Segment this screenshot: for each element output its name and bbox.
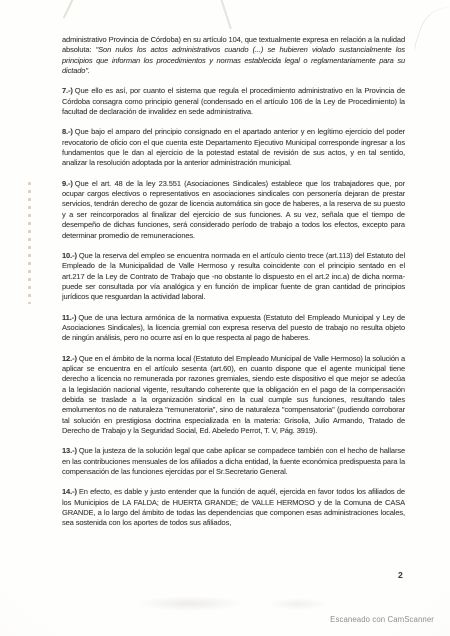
- scan-smudge: [138, 596, 242, 611]
- paragraph-number: 14.-): [62, 487, 79, 496]
- scanned-document-page: administrativo Provincia de Córdoba) en …: [0, 0, 450, 636]
- paper-crease-top-middle: [218, 0, 231, 29]
- paragraph-13: 13.-)Que la justeza de la solución legal…: [62, 446, 405, 477]
- paragraph-text: Que la justeza de la solución legal que …: [62, 446, 405, 476]
- scan-smudge: [268, 598, 328, 610]
- paragraph-14: 14.-)En efecto, es dable y justo entende…: [62, 487, 405, 528]
- paragraph-10: 10.-)Que la reserva del empleo se encuen…: [62, 251, 405, 303]
- paragraph-12: 12.-)Que en el ámbito de la norma local …: [62, 354, 405, 437]
- paragraph-text: En efecto, es dable y justo entender que…: [62, 487, 405, 527]
- paragraph-number: 8.-): [62, 127, 75, 136]
- paragraph-8: 8.-)Que bajo el amparo del principio con…: [62, 127, 405, 168]
- paragraph-number: 11.-): [62, 313, 78, 322]
- paragraph-number: 10.-): [62, 251, 79, 260]
- camscanner-watermark: Escaneado con CamScanner: [330, 615, 434, 624]
- paragraph-9: 9.-)Que el art. 48 de la ley 23.551 (Aso…: [62, 179, 405, 241]
- paper-crease-top-right: [413, 0, 450, 63]
- document-text-block: administrativo Provincia de Córdoba) en …: [62, 35, 405, 539]
- paragraph-text: Que de una lectura armónica de la normat…: [62, 313, 405, 343]
- paragraph-text: Que bajo el amparo del principio consign…: [62, 127, 405, 167]
- paragraph-text: Que el art. 48 de la ley 23.551 (Asociac…: [62, 179, 405, 240]
- paragraph-number: 9.-): [62, 179, 75, 188]
- paragraph-continuation: administrativo Provincia de Córdoba) en …: [62, 35, 405, 76]
- page-number: 2: [398, 570, 403, 580]
- legal-quote: "Son nulos los actos administrativos cua…: [62, 45, 405, 75]
- paragraph-11: 11.-)Que de una lectura armónica de la n…: [62, 313, 405, 344]
- paragraph-number: 12.-): [62, 354, 79, 363]
- paragraph-text: Que en el ámbito de la norma local (Esta…: [62, 354, 405, 435]
- paper-crease-top-left: [63, 0, 75, 18]
- paragraph-7: 7.-)Que ello es así, por cuanto el siste…: [62, 86, 405, 117]
- binding-perforation-marks: [28, 182, 31, 304]
- paragraph-text: Que ello es así, por cuanto el sistema q…: [62, 86, 405, 116]
- paragraph-text: Que la reserva del empleo se encuentra n…: [62, 251, 405, 301]
- paragraph-number: 7.-): [62, 86, 75, 95]
- paragraph-number: 13.-): [62, 446, 79, 455]
